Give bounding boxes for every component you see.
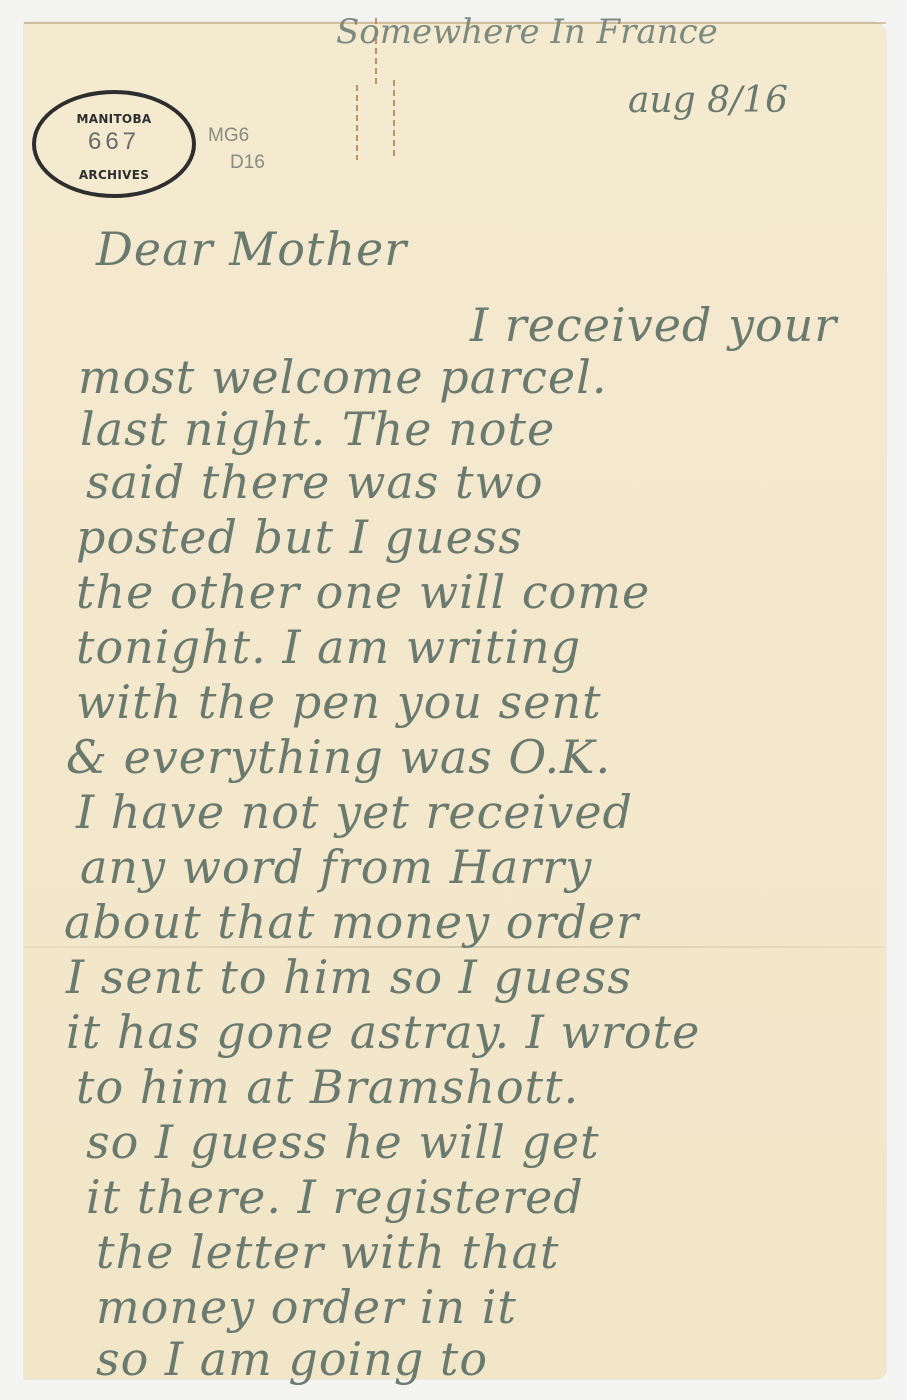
- body-line: I sent to him so I guess: [66, 950, 632, 1004]
- body-line: I received your: [470, 298, 837, 352]
- letter-date: aug 8/16: [628, 80, 788, 121]
- body-line: posted but I guess: [76, 510, 523, 564]
- body-line: tonight. I am writing: [76, 620, 581, 674]
- body-line: money order in it: [96, 1280, 517, 1334]
- body-line: about that money order: [64, 895, 639, 949]
- rust-stain-mark: [393, 80, 395, 158]
- body-line: the letter with that: [96, 1225, 560, 1279]
- archives-stamp: MANITOBA 667 ARCHIVES: [32, 90, 196, 198]
- call-number-line-1: MG6: [208, 122, 265, 149]
- call-number: MG6 D16: [208, 122, 265, 176]
- stamp-bottom-text: ARCHIVES: [36, 168, 192, 182]
- body-line: so I guess he will get: [86, 1115, 600, 1169]
- body-line: most welcome parcel.: [78, 350, 607, 404]
- salutation: Dear Mother: [96, 222, 407, 276]
- body-line: & everything was O.K.: [66, 730, 611, 784]
- stamp-top-text: MANITOBA: [36, 112, 192, 126]
- rust-stain-mark: [356, 85, 358, 160]
- body-line: said there was two: [86, 455, 544, 509]
- body-line: I have not yet received: [76, 785, 633, 839]
- body-line: any word from Harry: [80, 840, 592, 894]
- body-line: to him at Bramshott.: [76, 1060, 579, 1114]
- body-line: it there. I registered: [86, 1170, 584, 1224]
- body-line: last night. The note: [80, 402, 555, 456]
- stamp-number: 667: [36, 128, 192, 156]
- call-number-line-2: D16: [208, 149, 265, 176]
- body-line: it has gone astray. I wrote: [66, 1005, 700, 1059]
- body-line: the other one will come: [76, 565, 650, 619]
- body-line: with the pen you sent: [76, 675, 602, 729]
- letter-place: Somewhere In France: [336, 12, 718, 52]
- body-line: so I am going to: [96, 1332, 488, 1386]
